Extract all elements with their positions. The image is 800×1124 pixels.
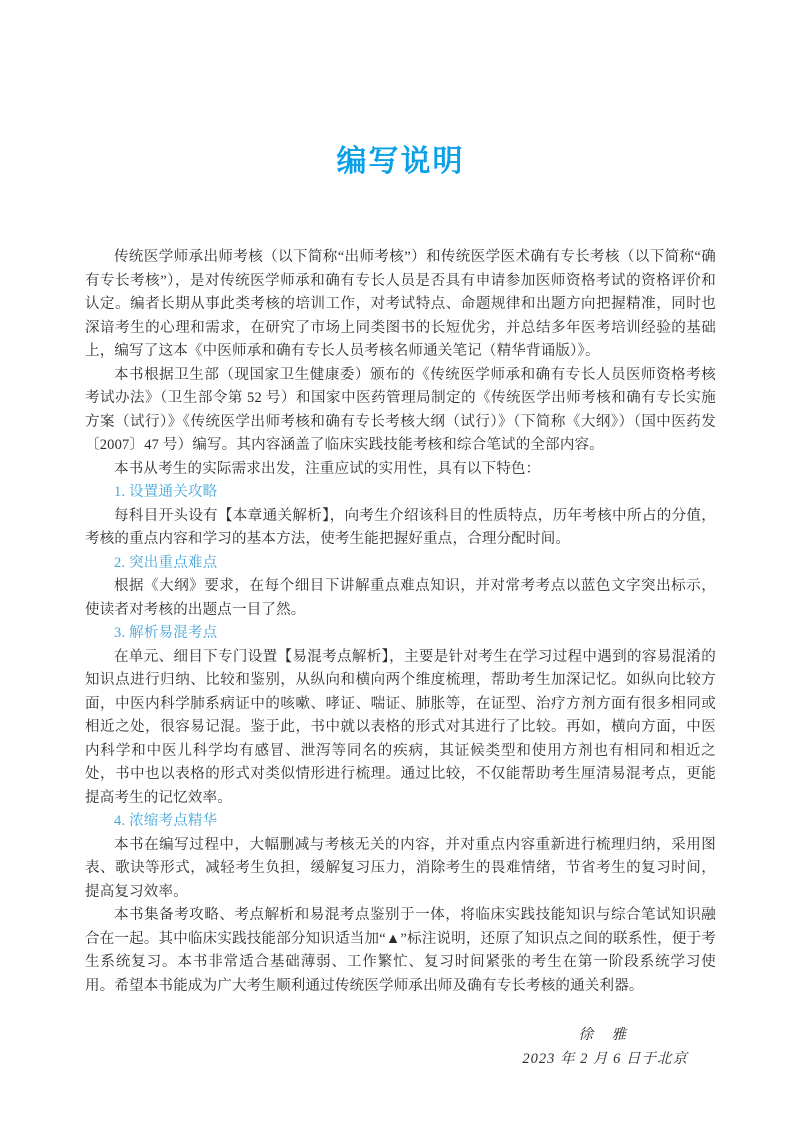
signature-date: 2023 年 2 月 6 日于北京 [85, 1048, 688, 1072]
paragraph-closing: 本书集备考攻略、考点解析和易混考点鉴别于一体，将临床实践技能知识与综合笔试知识融… [85, 904, 716, 998]
feature-heading-3: 3. 解析易混考点 [85, 622, 716, 646]
paragraph-intro-3: 本书从考生的实际需求出发，注重应试的实用性，具有以下特色： [85, 458, 716, 482]
feature-body-1: 每科目开头设有【本章通关解析】，向考生介绍该科目的性质特点，历年考核中所占的分值… [85, 505, 716, 552]
signature-block: 徐 雅 2023 年 2 月 6 日于北京 [85, 1024, 716, 1071]
feature-body-2: 根据《大纲》要求，在每个细目下讲解重点难点知识，并对常考考点以蓝色文字突出标示，… [85, 575, 716, 622]
document-body: 传统医学师承出师考核（以下简称“出师考核”）和传统医学医术确有专长考核（以下简称… [85, 246, 716, 998]
paragraph-intro-2: 本书根据卫生部（现国家卫生健康委）颁布的《传统医学师承和确有专长人员医师资格考核… [85, 364, 716, 458]
signature-name: 徐 雅 [85, 1024, 628, 1048]
feature-body-3: 在单元、细目下专门设置【易混考点解析】，主要是针对考生在学习过程中遇到的容易混淆… [85, 646, 716, 811]
paragraph-intro-1: 传统医学师承出师考核（以下简称“出师考核”）和传统医学医术确有专长考核（以下简称… [85, 246, 716, 364]
feature-heading-4: 4. 浓缩考点精华 [85, 810, 716, 834]
document-page: 编写说明 传统医学师承出师考核（以下简称“出师考核”）和传统医学医术确有专长考核… [0, 0, 800, 1124]
feature-heading-2: 2. 突出重点难点 [85, 552, 716, 576]
feature-heading-1: 1. 设置通关攻略 [85, 481, 716, 505]
feature-body-4: 本书在编写过程中，大幅删减与考核无关的内容，并对重点内容重新进行梳理归纳，采用图… [85, 834, 716, 905]
page-title: 编写说明 [85, 143, 716, 181]
